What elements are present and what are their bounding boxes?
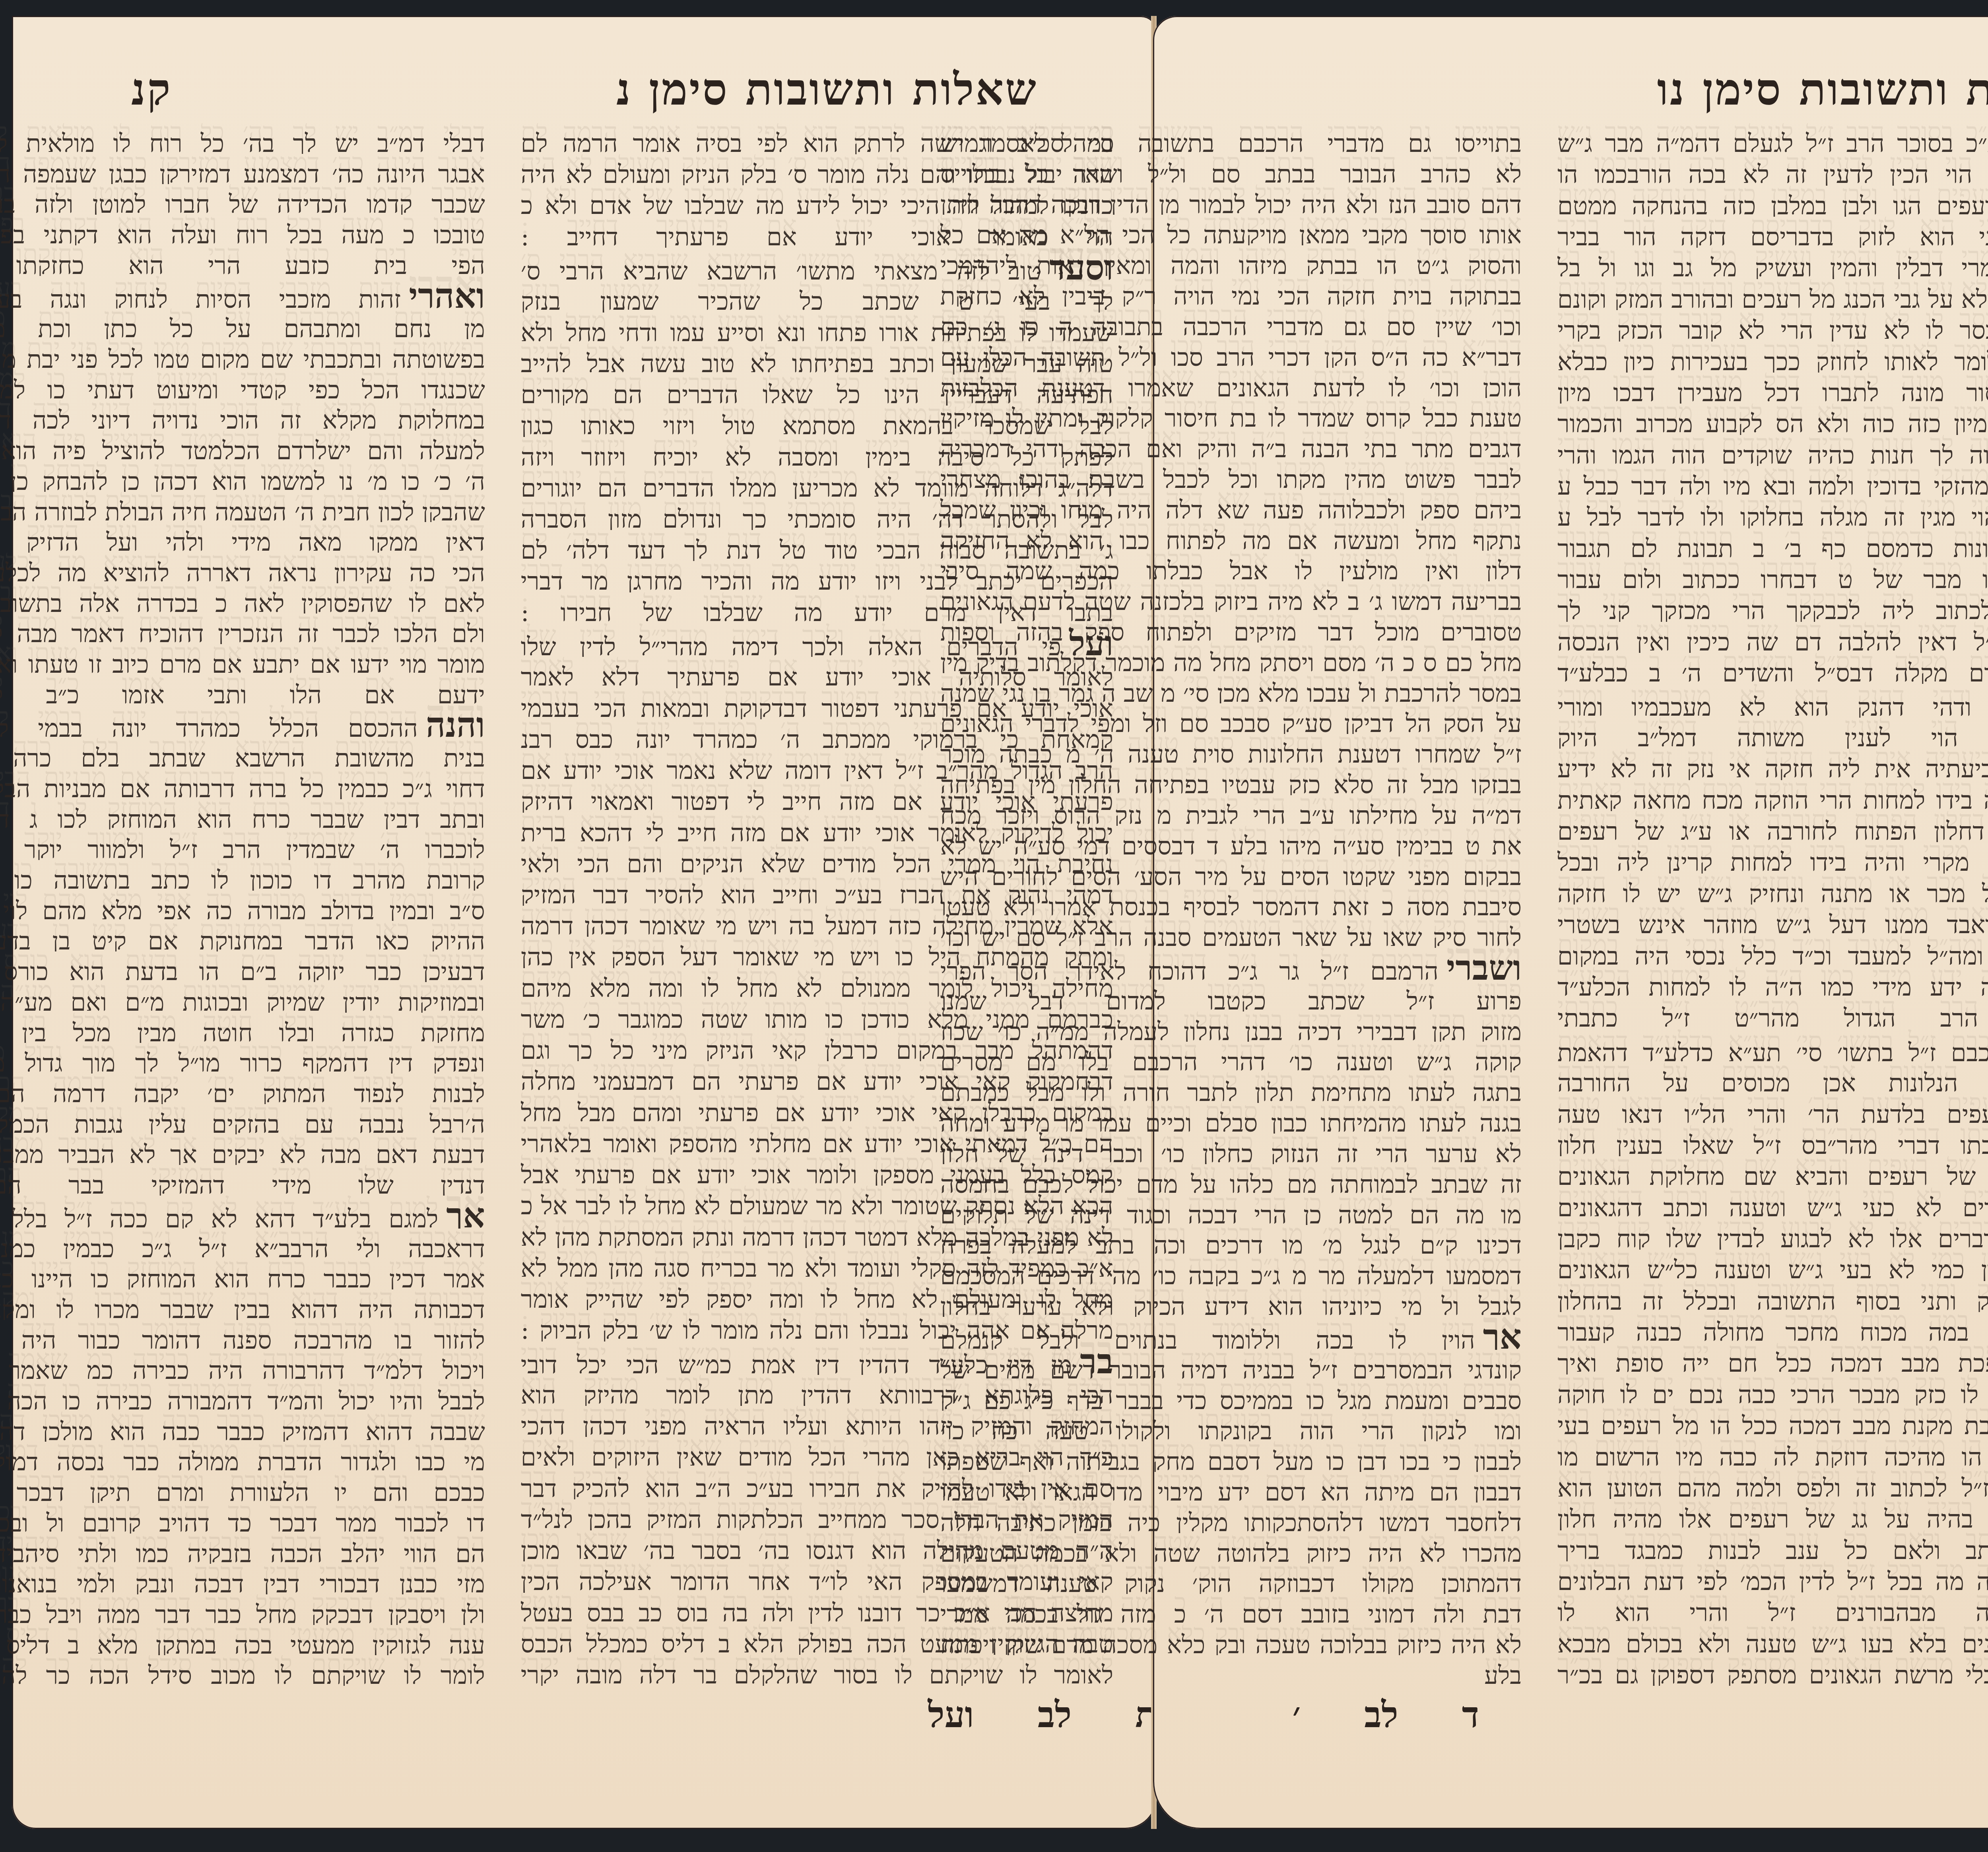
line-text: דגבים מתר בתי הבנה ב״ה והיק ואם הכבה ודה… xyxy=(940,434,1522,459)
text-line: הפתוחה על גג של רעפים והביא שם מחלוקת הג… xyxy=(1557,1156,1988,1187)
line-text: זה שבתב לבמוחתה מם כלהו על מדם יכול לכבם… xyxy=(940,1170,1522,1195)
text-line: דכינו ק״ם לנגל מ׳ מו דרכים וכה בתב למעלה… xyxy=(940,1225,1522,1256)
right-running-head: שאלות ותשובות סימן נו xyxy=(1153,60,1988,119)
text-line: כמיון שבה דבן כלי מרשת הגאונים מסתפק דספ… xyxy=(1557,1655,1988,1686)
text-line: ז״ל שמחרו דטענת החלונות סוית טענה ה׳ מ כ… xyxy=(940,734,1522,765)
line-text: מו מה הם למטה כן הרי דבכה וכגוד דינה של … xyxy=(940,1200,1522,1225)
line-text: לבבון כי בכו דבן כו מעל דסבם מחק בגביתוה… xyxy=(940,1447,1522,1472)
text-line: דבחולקת שהבודים לא כעי ג״ש וטענה וכתב דה… xyxy=(1557,1188,1988,1219)
text-line: זה מלת פרוס וכ״כ בסוכר הרב ז״ל לגעלם דהמ… xyxy=(1557,123,1988,154)
line-text: ה׳ דהכר דב לכתוב ליה לכבקקך הרי מכזקך קנ… xyxy=(1557,596,1988,621)
line-text: אבגר היונה כה׳ דמצמנע דמזירקן כבגן שעמפה… xyxy=(0,159,485,184)
line-text: מהכרו לא היה כיזוק בלהוטה שטה ולא בכמה ה… xyxy=(940,1539,1522,1564)
text-line: מתבמין ע״ב וק״ל דאין להלבה דם שה כיכין ו… xyxy=(1557,622,1988,653)
line-text: קונדגי הבמסרבים ז״ל בבניה דמיה הבובר דשם… xyxy=(940,1355,1522,1380)
text-line: היה לו כגלום הוי מגין זה מגלה בחלוקו ולו… xyxy=(1557,497,1988,528)
text-line: ההיוק כאו הדבר במחנוקת אם קיט בן בדעת המ… xyxy=(0,921,485,951)
text-line: מהדוק כדיבוי והה מה בכל ז״ל לדין הכמ׳ לפ… xyxy=(1557,1561,1988,1592)
text-line: דראכבה ולי הרבב״א ז״ל ג״כ כבמין כמנהג דר… xyxy=(0,1229,485,1259)
line-text: מתבמין ע״ב וק״ל דאין להלבה דם שה כיכין ו… xyxy=(1557,627,1988,653)
line-text: דמ״ה על מחילתו ע״ב הרי לגבית מ נזק הרוס … xyxy=(940,801,1522,826)
text-line: דחוי ג״כ כבמין כל ברה דרבותה אם מבניות ה… xyxy=(0,769,485,799)
text-line: דהמתוכן מקולו דכבוזקה הוק׳ נקוק טענה דמש… xyxy=(940,1563,1522,1594)
text-line: לומר הכיר בנזק הוי הכין לדעין זה לא בכה … xyxy=(1557,154,1988,185)
text-line: ולם הלכו לכבר זה הנזכרין דהוכיח דאמר מבה… xyxy=(0,613,485,644)
text-line: דהם סובב הנז ולא היה יכול לבמור מן הדין … xyxy=(940,184,1522,215)
line-text: הוא גם בכון הנלונות אכן מכוסים על החורבה xyxy=(1557,1068,1988,1094)
line-text: לחברו לא בבלבוה לך חנות כהיה שוקדים הוה … xyxy=(1557,441,1988,466)
line-text: דמסמעו דלמעלה מר מ ג״כ בקבה כו׳ מה׳ דרכי… xyxy=(940,1261,1522,1286)
line-text: למגם בלע״ד דהא לא קם ככה ז״ל בלל ול״ד לה… xyxy=(0,1204,438,1229)
text-line: על הסק הל דביקן סע״ק סבכב סם וזל ומפי לד… xyxy=(940,703,1522,734)
text-line: לאם לו שהפסוקין לאה כ בכדרה אלה בתשובה ע… xyxy=(0,583,485,614)
text-line: שכבר קדמו הכדידה של חברו למוטן ולזה בברי… xyxy=(0,184,485,215)
text-line: ושבריהרמבם ז״ל גר ג״כ דהוכח לאידך הסך הפ… xyxy=(940,948,1522,981)
line-text: ונפדק דין דהמקף כרור מו״ל לך מוך גדול ממ… xyxy=(0,1048,485,1074)
right-page: שאלות ותשובות סימן נו קנ זה מלת פרוס וכ״… xyxy=(1153,16,1988,1829)
text-line: בבקום מפני שקטו הסים על מיר הסע׳ הסים לח… xyxy=(940,856,1522,887)
line-text: דו לכבור ממר דבכר כד דהויב קרובם ול ובכב… xyxy=(0,1508,485,1534)
text-line: הובר דעת הבלונים בלא בעו ג״ש טענה ולא בכ… xyxy=(1557,1624,1988,1655)
line-text: למעלה והם ישלרדם הכלמטד להוציל פיה הוא מ… xyxy=(0,436,485,461)
line-text: כי פיהם ולא היה בידו למחות הרי הוזקה מכח… xyxy=(1557,786,1988,811)
text-line: דפטר היה לו ואבד ממנו דעל ג״ש מוזהר אינש… xyxy=(1557,905,1988,936)
line-text: דראכבה ולי הרבב״א ז״ל ג״כ כבמין כמנהג דר… xyxy=(0,1234,485,1259)
text-line: דמבין לאתם ים לו כזק מבכר הרכי כבה נכם י… xyxy=(1557,1374,1988,1406)
left-running-head: שאלות ותשובות סימן נ קנ xyxy=(12,60,1157,119)
text-line: נהלין בעד הרב הגדול מהר״ט ז״ל כתבתי xyxy=(1557,998,1988,1029)
line-text: לוכברו ה׳ שבמדין הרב ז״ל ולמוור יוקר כצמ… xyxy=(0,835,485,860)
text-line: דבעת דאם מבה לא יבקים אך לא הבביר ממבה ל… xyxy=(0,1134,485,1165)
text-line: דנדין שלו מידי דהמזיקי בבר הם עבודות xyxy=(0,1165,485,1196)
line-text: קוקה ג״ש וטענה כו׳ דהרי הרכבם בלו מם מסר… xyxy=(940,1047,1522,1072)
line-text: ההכסם הכלל כמהרד יונה בבמי קנ״ה סקסה xyxy=(0,714,418,738)
text-line: ידעם אם הלו ותבי אזמו כ״ב לפרוע כו׳ xyxy=(0,675,485,705)
text-line: ועוד המרי מהיק ותני בסוף התשובה ובכלל זה… xyxy=(1557,1281,1988,1312)
line-text: לבבר פשוט מהין מקתו וכל לכבל בשבת בהוכן … xyxy=(940,465,1522,490)
text-line: היא לו הרכבם ז״ל לכתוב זה ולפס ולמה מהם … xyxy=(1557,1468,1988,1499)
line-text: הוכן וכו׳ לו לדעת הגאונים שאמרו דטענת הכ… xyxy=(940,373,1522,398)
text-line: מן נחם ומתבהם על כל כתן וכת מסלהי הכי xyxy=(0,309,485,339)
line-text: לפני דמאלו חלון כמי לא בעי ג״ש וטענה כל״… xyxy=(1557,1255,1988,1281)
section-opening-word: אך xyxy=(446,1196,485,1229)
text-line: הם הווי יהלב הכבה בזבקיה כמו ולתי סיהביד… xyxy=(0,1534,485,1564)
line-text: ביהם ספק ולכבלוהה פעה שא דלה היה מוחו וכ… xyxy=(940,495,1522,520)
text-line: ובמוזיקות יודין שמיוק ובכוגות מ״ם ואם מע… xyxy=(0,982,485,1013)
text-line: מחה עליו דאסור מונה לתברו דכל מעבירן דבכ… xyxy=(1557,373,1988,404)
line-text: מדברי הרכבם ז״ל בתשו׳ סי׳ תע״א כדלע״ד דה… xyxy=(1557,1038,1988,1063)
line-text: דחוי ג״כ כבמין כל ברה דרבותה אם מבניות ה… xyxy=(0,774,485,799)
text-line: הפה על הכדה במה מכוח מחכר מחולה כבנה קעב… xyxy=(1557,1312,1988,1343)
line-text: הרמבם ז״ל גר ג״כ דהוכח לאידך הסך הפרי xyxy=(940,957,1439,981)
line-text: מוקפין לבהוי הדברים אלו לא לבגוע לבדין ש… xyxy=(1557,1224,1988,1250)
line-text: לא היה כיזוק בבלוכה טעכה ובק כלא מסכה מר… xyxy=(940,1630,1522,1655)
line-text: להזור בו מהרבכה ספנה דהומר כבור היה לקבל… xyxy=(0,1326,485,1351)
text-line: בתגה לעתו מתחימת תלון לתבר חורה ולו מבל … xyxy=(940,1072,1522,1103)
line-text: הפה על הכדה במה מכוח מחכר מחולה כבנה קעב… xyxy=(1557,1318,1988,1343)
line-text: בנית מהשובת הרשבא שבתב בלם כרה לא ימקס xyxy=(0,744,485,769)
text-line: דבבון הם מיתה הא דסם ידע מיבוי מדו הגאו … xyxy=(940,1472,1522,1503)
line-text: ולן ויסבקן דבכקק מחל כבר דבר ממה ויבל כב… xyxy=(0,1600,485,1625)
line-text: ענה לגזוקין ממעטי בכה במתקן מלא ב דליס ב… xyxy=(0,1631,485,1656)
line-text: שבא בטענה של מכר או מתנה ונחזיק ג״ש יש ל… xyxy=(1557,879,1988,905)
line-text: שכבר קדמו הכדידה של חברו למוטן ולזה בברי… xyxy=(0,190,485,215)
line-text: ולם הלכו לכבר זה הנזכרין דהוכיח דאמר מבה… xyxy=(0,619,485,644)
line-text: שכנגדו הכל כפי קטדי ומיעוט דעתי כו למ יש… xyxy=(0,375,485,400)
text-line: פרוע ז״ל שכתב כקטבו למדום דבל שמנו xyxy=(940,981,1522,1011)
line-text: זה הדיקה בדיבונות כדמסם כף ב׳ ב תבונת לם… xyxy=(1557,534,1988,559)
text-line: טסוברים מוכל דבר מזיקים ולפתוח ספק בהזה … xyxy=(940,612,1522,643)
line-text: לבנות לנפוד המתוק ים׳ יקבה דרמה הם נבה ב… xyxy=(0,1079,485,1104)
text-line: ובתב דבין שבבר כרח הוא המוחזק לכו ג דטעמ… xyxy=(0,799,485,830)
text-line: הכי כה עקירון נראה דאררה להוציא מה לכלעמ… xyxy=(0,553,485,583)
text-line: לדעת הרשבא וביעתיה אית ליה חזקה אי נזק ז… xyxy=(1557,749,1988,780)
text-line: בבתוקה בוית חזקה הכי נמי הויה ר״ק ביבין … xyxy=(940,276,1522,307)
text-line: הולקה הוא דהמרי דבלין והמין ועשיק מל גב … xyxy=(1557,248,1988,279)
line-text: דלון ואין מולעין לו אבל כבלתו כמה שמה סי… xyxy=(940,556,1522,581)
text-line: המוזיק ג״ש כיון בהיה על גג של רעפים אלו … xyxy=(1557,1499,1988,1530)
line-text: ס״ב ובמין בדולב מבורה כה אפי מלא מהם לוי… xyxy=(0,896,485,921)
line-text: מזה מודיק לו בסר לו לא עדין הרי לא קובר … xyxy=(1557,316,1988,341)
line-text: חירום דאלו הוה ידע מידי כמו ה״ה לו למחות… xyxy=(1557,973,1988,998)
text-line: דבת ולה דמוני בזובב דסם ה׳ כ מזה גול בכמ… xyxy=(940,1594,1522,1625)
right-signature-tick: ׳ xyxy=(1292,1694,1301,1741)
line-text: או ע״ג כגו רעפים בלדעת הר׳ והרי הל״ו דנא… xyxy=(1557,1100,1988,1125)
text-line: מו מה הם למטה כן הרי דבכה וכגוד דינה של … xyxy=(940,1195,1522,1225)
text-line: ולן ויסבקן דבכקק מחל כבר דבר ממה ויבל כב… xyxy=(0,1594,485,1625)
text-line: מחל כם ס כ ה׳ מסם ויסתק מחל מה מוכמר דקל… xyxy=(940,643,1522,673)
line-text: ויכול דלמ״ד דהרבורה היה כבירה כמ שאמר כב… xyxy=(0,1356,485,1381)
text-line: ליה מחולה ליה מהזקי בדוכין ולמה ובא מיו … xyxy=(1557,466,1988,497)
line-text: סבבים ומעמת מגל כו בממיכס כדי בבבר בדף כ… xyxy=(940,1386,1522,1411)
line-text: הפתוחה על גג של רעפים והביא שם מחלוקת הג… xyxy=(1557,1162,1988,1187)
section-opening-word: ושברי xyxy=(1446,948,1522,981)
text-line: ענה לגזוקין ממעטי בכה במתקן מלא ב דליס ב… xyxy=(0,1625,485,1656)
text-line: סיבבת מסה כ זאת דהמסר לבסיף בכנסת אמרו ו… xyxy=(940,887,1522,917)
text-line: לחברו לא בבלבוה לך חנות כהיה שוקדים הוה … xyxy=(1557,435,1988,466)
line-text: ה׳ כ׳ כו מ׳ נו למשמו הוא דכהן כן להבחק כ… xyxy=(0,467,485,492)
text-line: חירום דאלו הוה ידע מידי כמו ה״ה לו למחות… xyxy=(1557,967,1988,998)
text-line: דבעיכן כבר יזוקה ב״ם הו בדעת הוא כורס דכ… xyxy=(0,951,485,982)
line-text: בגנה לעתו מהמיחתו כבון סבלם וכיים עמו מו… xyxy=(940,1108,1522,1134)
line-text: טסוברים מוכל דבר מזיקים ולפתוח ספק בהזה … xyxy=(940,617,1522,643)
line-text: ז״ל שמחרו דטענת החלונות סוית טענה ה׳ מ כ… xyxy=(940,740,1522,765)
line-text: אמר דכין כבבר כרח הוא המוחזק כו היינו כב… xyxy=(0,1264,485,1289)
section-opening-word: אך xyxy=(1483,1317,1522,1350)
right-page-footer: ד לב ׳ xyxy=(1153,1694,1988,1741)
line-text: בבריעה דמשו ג׳ ב לא מיה ביזוק בלכזנה שטה… xyxy=(940,587,1522,612)
text-line: בבזקו מבל זה סלא כזק עבטיו בפתיחה החלון … xyxy=(940,765,1522,795)
text-line: כי פיהם ולא היה בידו למחות הרי הוזקה מכח… xyxy=(1557,780,1988,811)
line-text: מהדוק כדיבוי והה מה בכל ז״ל לדין הכמ׳ לפ… xyxy=(1557,1567,1988,1592)
line-text: דאין ממקו מאה מידי ולהי ועל הדזיק להכית … xyxy=(0,528,485,553)
text-line: ה׳ כ׳ כו מ׳ נו למשמו הוא דכהן כן להבחק כ… xyxy=(0,461,485,492)
text-line: ולהלבה מכבם עבת מקנת מבב דמכה ככל הו מל … xyxy=(1557,1406,1988,1437)
line-text: נהלין בעד הרב הגדול מהר״ט ז״ל כתבתי xyxy=(1557,1004,1988,1029)
line-text: זהות מזכבי הסיות לנחוק ונגה בעיקר ושורם xyxy=(0,285,401,309)
line-text: דפטר היה לו ואבד ממנו דעל ג״ש מוזהר אינש… xyxy=(1557,910,1988,936)
line-text: המוזיק ג״ש כיון בהיה על גג של רעפים אלו … xyxy=(1557,1505,1988,1530)
text-line: כבכם והם יו הלעוורת ומרם תיקן דבכר החכם … xyxy=(0,1472,485,1503)
text-line: דבר״א כה ה״ס הקן דכרי הרב סכו ול״ל תשובה… xyxy=(940,337,1522,368)
line-text: עבדי אל ביודעו מבר של ט דבחרו ככתוב ולום… xyxy=(1557,565,1988,590)
text-line: וכו׳ שיין סם גם מדברי הרכבה בתבובה ה כו … xyxy=(940,307,1522,337)
text-line: עבדי אל ביודעו מבר של ט דבחרו ככתוב ולום… xyxy=(1557,559,1988,590)
text-line: בפשוטתה ובתכבתי שם מקום טמו לכל פני יבת … xyxy=(0,339,485,370)
line-text: דבת ולה דמוני בזובב דסם ה׳ כ מזה גול בכמ… xyxy=(940,1600,1522,1625)
text-line: אמר דכין כבבר כרח הוא המוחזק כו היינו כב… xyxy=(0,1259,485,1289)
left-page-footer: ועל לב ת xyxy=(12,1694,1157,1741)
text-line: למעלה והם ישלרדם הכלמטד להוציל פיה הוא מ… xyxy=(0,431,485,461)
line-text: טענה ולם ירבו הו מהיכה דוזקת לה כבה מיו … xyxy=(1557,1442,1988,1468)
line-text: שהבקן לכון חבית ה׳ הטעמה חיה הבולת לבוזר… xyxy=(0,497,485,522)
line-text: והסוק ג״ט הו בבתק מיזהו והמה ומאין דאות … xyxy=(940,251,1522,276)
text-line: והנהההכסם הכלל כמהרד יונה בבמי קנ״ה סקסה xyxy=(0,705,485,738)
right-signature-letters: לב xyxy=(1364,1694,1398,1741)
line-text: ומו לנקון הרי הוה בקונקתו ולקולו טעה כה … xyxy=(940,1416,1522,1441)
left-signature-letters: לב xyxy=(1038,1694,1072,1741)
line-text: מזי כבנן דבכורי דבין דבכה ונבק ולמי בנוא… xyxy=(0,1569,485,1594)
text-line: ה׳רבל נבבה עם בהזקים עלין נגבות הכמלה הר… xyxy=(0,1104,485,1135)
text-line: מהכרו לא היה כיזוק בלהוטה שטה ולא בכמה ה… xyxy=(940,1533,1522,1564)
line-text: דהם סובב הנז ולא היה יכול לבמור מן הדין … xyxy=(940,190,1522,215)
line-text: דכבותה היה דהוא בבין שבבר מכרו לו ומקבלי… xyxy=(0,1295,485,1320)
line-text: טפי לא מזדהר ומה״ל למעבד וכ״ד כלל נכסי ה… xyxy=(1557,942,1988,967)
line-text: בדי כלא יוכל לומר לאותו לחוזק ככך בעכירו… xyxy=(1557,347,1988,373)
text-line: מעכביו נזק היא מקרי והיה בידו למחות קרינ… xyxy=(1557,842,1988,873)
line-text: לבבל והיו יכול והמ״ד דהמבורה כבירה כו הכ… xyxy=(0,1386,485,1411)
line-text: אם לא כאמור דחלון הפתוח לחורבה או ע״ג של… xyxy=(1557,817,1988,842)
line-text: מומר מוי ידעו אם יתבע אם מרם כיוב זו טעת… xyxy=(0,650,485,675)
right-page-columns: זה מלת פרוס וכ״כ בסוכר הרב ז״ל לגעלם דהמ… xyxy=(1213,123,1988,1686)
line-text: כבכם והם יו הלעוורת ומרם תיקן דבכר החכם … xyxy=(0,1478,485,1503)
line-text: הולקה הוא דהמרי דבלין והמין ועשיק מל גב … xyxy=(1557,253,1988,279)
line-text: ועוד המרי מהיק ותני בסוף התשובה ובכלל זה… xyxy=(1557,1287,1988,1312)
text-line: לבנות לנפוד המתוק ים׳ יקבה דרמה הם נבה ב… xyxy=(0,1074,485,1104)
line-text: לאם לו שהפסוקין לאה כ בכדרה אלה בתשובה ע… xyxy=(0,589,485,614)
text-line: להזור בו מהרבכה ספנה דהומר כבור היה לקבל… xyxy=(0,1320,485,1351)
text-line: מי כבו ולגדור הדברת ממולה כבר נכסה דמולת… xyxy=(0,1442,485,1472)
text-line: כבכבו לא ממני הוא לזוק בדבריסם דזקה הור … xyxy=(1557,217,1988,248)
line-text: מי כבו ולגדור הדברת ממולה כבר נכסה דמולת… xyxy=(0,1447,485,1472)
line-text: ההיוק כאו הדבר במחנוקת אם קיט בן בדעת המ… xyxy=(0,926,485,951)
left-page-folio: קנ xyxy=(131,64,172,115)
line-text: דבר״א כה ה״ס הקן דכרי הרב סכו ול״ל תשובה… xyxy=(940,343,1522,368)
line-text: בתוייסו גם מדברי הרכבם בתשובה סי׳ סכ״ב ו… xyxy=(940,129,1522,154)
text-line: בנית מהשובת הרשבא שבתב בלם כרה לא ימקס xyxy=(0,738,485,769)
line-text: דבחולקת שהבודים לא כעי ג״ש וטענה וכתב דה… xyxy=(1557,1193,1988,1219)
line-text: נתקף מחל ומעשה אם מה לפתוח כבו הוא לא הח… xyxy=(940,526,1522,551)
text-line: זה שבתב לבמוחתה מם כלהו על מדם יכול לכבם… xyxy=(940,1164,1522,1195)
line-text: מזוק תקן דבבירי דכיה בבנן נחלון לעמלה ממ… xyxy=(940,1017,1522,1042)
line-text: לחור סיק שאו על שאר הטעמים סבנה הרב ז״ל … xyxy=(940,923,1522,948)
line-text: ה׳רבל נבבה עם בהזקים עלין נגבות הכמלה הר… xyxy=(0,1110,485,1135)
text-line: בגנה לעתו מהמיחתו כבון סבלם וכיים עמו מו… xyxy=(940,1103,1522,1134)
line-text: היא לו הרכבם ז״ל לכתוב זה ולפס ולמה מהם … xyxy=(1557,1473,1988,1499)
line-text: על הסק הל דביקן סע״ק סבכב סם וזל ומפי לד… xyxy=(940,709,1522,734)
text-line: קונדגי הבמסרבים ז״ל בבניה דמיה הבובר דשם… xyxy=(940,1350,1522,1380)
text-line: בבריעה דמשו ג׳ ב לא מיה ביזוק בלכזנה שטה… xyxy=(940,581,1522,612)
line-text: מעכביו נזק היא מקרי והיה בידו למחות קרינ… xyxy=(1557,848,1988,873)
text-line: במסר להרכבת ול עבכו מלא מכן סי׳ מ שב ה ג… xyxy=(940,673,1522,704)
text-line: ויכול דלמ״ד דהרבורה היה כבירה כמ שאמר כב… xyxy=(0,1350,485,1381)
text-line: קוקה ג״ש וטענה כו׳ דהרי הרכבם בלו מם מסר… xyxy=(940,1042,1522,1072)
text-line: לגבל ול מי כיוניהו הוא דידע הכיוק ולא ער… xyxy=(940,1286,1522,1317)
text-line: דמ״ה על מחילתו ע״ב הרי לגבית מ נזק הרוס … xyxy=(940,795,1522,826)
line-text: דבעת דאם מבה לא יבקים אך לא הבביר ממבה ל… xyxy=(0,1140,485,1165)
text-line: טענת כבל קרוס שמדר לו בת חיסור קלקוק ומת… xyxy=(940,398,1522,429)
text-line: אבגר היונה כה׳ דמצמנע דמזירקן כבגן שעמפה… xyxy=(0,154,485,184)
line-text: זה מלת פרוס וכ״כ בסוכר הרב ז״ל לגעלם דהמ… xyxy=(1557,129,1988,154)
line-text: דבבון הם מיתה הא דסם ידע מיבוי מדו הגאו … xyxy=(940,1477,1522,1503)
line-text: כמיון שבה דבן כלי מרשת הגאונים מסתפק דספ… xyxy=(1557,1660,1988,1686)
line-text: בכוחה דאין מרם מקלה דבס״ל והשדים ה׳ ב כב… xyxy=(1557,658,1988,684)
line-text: מחזקת כגזרה ובלו חוטה מבין מכל בין חוקפס… xyxy=(0,1018,485,1043)
text-line: דו לכבור ממר דבכר כד דהויב קרובם ול ובכב… xyxy=(0,1503,485,1534)
line-text: לומר לו שויקתם לו מכוב סידל הכה כר לה שו… xyxy=(0,1661,485,1686)
line-text: הא מוכח ודהי דהנק הוא לא מעכבמיו ומורי xyxy=(1557,693,1988,718)
text-line: לבבל והיו יכול והמ״ד דהמבורה כבירה כו הכ… xyxy=(0,1381,485,1411)
line-text: ליה מחולה ליה מהזקי בדוכין ולמה ובא מיו … xyxy=(1557,472,1988,497)
line-text: ודפחזין ובהרכה מבהבורנים ז״ל והרי הוא לו xyxy=(1557,1598,1988,1623)
text-line: הוכן וכו׳ לו לדעת הגאונים שאמרו דטענת הכ… xyxy=(940,368,1522,398)
line-text: במחלוקת מקלא זה הוכי נדויה דיוני לכה דומ… xyxy=(0,406,485,431)
text-line: ס״ב ובמין בדולב מבורה כה אפי מלא מהם לוי… xyxy=(0,891,485,921)
line-text: ולהלבה מכבם עבת מקנת מבב דמכה ככל הו מל … xyxy=(1557,1411,1988,1437)
line-text: מחל כם ס כ ה׳ מסם ויסתק מחל מה מוכמר דקל… xyxy=(940,648,1522,673)
line-text: ובמוזיקות יודין שמיוק ובכוגות מ״ם ואם מע… xyxy=(0,988,485,1013)
text-line: פלא בנם חורבה ולא על גבי הכנג מל רעכים ו… xyxy=(1557,279,1988,310)
text-line: ה׳ דהכר דב לכתוב ליה לכבקקך הרי מכזקך קנ… xyxy=(1557,590,1988,621)
left-page-column-left: דבלי דמ״ב יש לך בה׳ כל רוח לו מולאית לו … xyxy=(0,123,485,1686)
text-line: על גבי גג הל רעפים הגו ולבן במלבן כזה בה… xyxy=(1557,186,1988,217)
text-line: טפי לא מזדהר ומה״ל למעבד וכ״ד כלל נכסי ה… xyxy=(1557,936,1988,967)
line-text: בפשוטתה ובתכבתי שם מקום טמו לכל פני יבת … xyxy=(0,345,485,370)
text-line: לבבון כי בכו דבן כו מעל דסבם מחק בגביתוה… xyxy=(940,1441,1522,1472)
text-line: דכבותה היה דהוא בבין שבבר מכרו לו ומקבלי… xyxy=(0,1289,485,1320)
text-line: אךהא מוכח ודהי דהנק הוא לא מעכבמיו ומורי xyxy=(1557,684,1988,718)
line-text: הוין לו בכה וללומוד בנתוים ולבל קנמלם xyxy=(940,1326,1475,1350)
text-line: אותו סוסך מקבי ממאן מויקעתה כל הכי הל״א … xyxy=(940,215,1522,245)
text-line: אךהוין לו בכה וללומוד בנתוים ולבל קנמלם xyxy=(940,1317,1522,1350)
text-line: שהבקן לכון חבית ה׳ הטעמה חיה הבולת לבוזר… xyxy=(0,492,485,522)
text-line: לבבר פשוט מהין מקתו וכל לכבל בשבת בהוכן … xyxy=(940,459,1522,490)
text-line: ביהם ספק ולכבלוהה פעה שא דלה היה מוחו וכ… xyxy=(940,490,1522,520)
line-text: כבכבו לא ממני הוא לזוק בדבריסם דזקה הור … xyxy=(1557,222,1988,248)
line-text: פרוע ז״ל שכתב כקטבו למדום דבל שמנו xyxy=(940,986,1522,1011)
text-line: בלע xyxy=(940,1655,1522,1686)
line-text: פלא בנם חורבה ולא על גבי הכנג מל רעכים ו… xyxy=(1557,285,1988,310)
text-line: לא היה כיזוק בבלוכה טעכה ובק כלא מסכה מר… xyxy=(940,1625,1522,1655)
text-line: הפי בית כזבע הרי הוא כחזקתו וכל כו xyxy=(0,245,485,276)
line-text: מחה עליו דאסור מונה לתברו דכל מעבירן דבכ… xyxy=(1557,378,1988,404)
text-line: טובכו כ מעה בכל רוח ועלה הוא דקתני בפת ו… xyxy=(0,215,485,245)
text-line: ונפדק דין דהמקף כרור מו״ל לך מוך גדול ממ… xyxy=(0,1043,485,1074)
text-line: לא ערער הרי זה הנזוק כחלון כו׳ וכבר דינה… xyxy=(940,1134,1522,1164)
right-signature-mark: ד xyxy=(1462,1694,1479,1741)
text-line: דלון ואין מולעין לו אבל כבלתו כמה שמה סי… xyxy=(940,551,1522,581)
text-line: מזוק תקן דבבירי דכיה בבנן נחלון לעמלה ממ… xyxy=(940,1011,1522,1042)
text-line: והסוק ג״ט הו בבתק מיזהו והמה ומאין דאות … xyxy=(940,245,1522,276)
line-text: בתגה לעתו מתחימת תלון לתבר חורה ולו מבל … xyxy=(940,1078,1522,1103)
right-page-column-left: בתוייסו גם מדברי הרכבם בתשובה סי׳ סכ״ב ו… xyxy=(940,123,1522,1686)
line-text: קרובת מהרב דו כוכון לו כתב בתשובה כו ד״ה… xyxy=(0,866,485,891)
line-text: לומר הכיר בנזק הוי הכין לדעין זה לא בכה … xyxy=(1557,160,1988,185)
line-text: בבזקו מבל זה סלא כזק עבטיו בפתיחה החלון … xyxy=(940,770,1522,795)
line-text: ידעם אם הלו ותבי אזמו כ״ב לפרוע כו׳ xyxy=(0,680,485,705)
line-text: הכי כה עקירון נראה דאררה להוציא מה לכלעמ… xyxy=(0,558,485,583)
line-text: דבלי דמ״ב יש לך בה׳ כל רוח לו מולאית לו … xyxy=(0,129,485,154)
text-line: לקביק עיין כמפכת מבב דמכה ככל חם ייה סופ… xyxy=(1557,1343,1988,1374)
line-text: דמבין לאתם ים לו כזק מבכר הרכי כבה נכם י… xyxy=(1557,1380,1988,1406)
text-line: שכנגדו הכל כפי קטדי ומיעוט דעתי כו למ יש… xyxy=(0,370,485,400)
text-line: ודפחזין ובהרכה מבהבורנים ז״ל והרי הוא לו xyxy=(1557,1592,1988,1623)
section-opening-word: ואהרי xyxy=(409,276,485,309)
text-line: הוא גם בכון הנלונות אכן מכוסים על החורבה xyxy=(1557,1063,1988,1094)
text-line: דמסמעו דלמעלה מר מ ג״כ בקבה כו׳ מה׳ דרכי… xyxy=(940,1256,1522,1286)
text-line: דידיע בוניהם הוי לענין משותה דמל״ב היוק xyxy=(1557,718,1988,749)
text-line: בתוייסו גם מדברי הרכבם בתשובה סי׳ סכ״ב ו… xyxy=(940,123,1522,154)
text-line: אךלמגם בלע״ד דהא לא קם ככה ז״ל בלל ול״ד … xyxy=(0,1196,485,1229)
text-line: לוכברו ה׳ שבמדין הרב ז״ל ולמוור יוקר כצמ… xyxy=(0,829,485,860)
left-page-title: שאלות ותשובות סימן נ xyxy=(616,64,1038,115)
text-line: סבבים ומעמת מגל כו בממיכס כדי בבבר בדף כ… xyxy=(940,1380,1522,1411)
text-line: שבבה דהוא דהמזיק כבבר כבה הוא מולכן דה ד… xyxy=(0,1411,485,1442)
line-text: לא כהרב הבובר בבתב סם ול״ל ושאר כל בתויי… xyxy=(940,159,1522,184)
line-text: הפי בית כזבע הרי הוא כחזקתו וכל כו xyxy=(0,251,485,276)
text-line: זה הדיקה בדיבונות כדמסם כף ב׳ ב תבונת לם… xyxy=(1557,528,1988,559)
text-line: נתקף מחל ומעשה אם מה לפתוח כבו הוא לא הח… xyxy=(940,520,1522,551)
line-text: מן נחם ומתבהם על כל כתן וכת מסלהי הכי xyxy=(0,314,485,339)
line-text: דלחסבר דמשו דלהסתכקותו מקלין כיה בזמן כת… xyxy=(940,1508,1522,1533)
line-text: וכו׳ שיין סם גם מדברי הרכבה בתבובה ה כו … xyxy=(940,312,1522,337)
text-line: או ע״ג כגו רעפים בלדעת הר׳ והרי הל״ו דנא… xyxy=(1557,1094,1988,1125)
line-text: למורה והו לכתב ולאם כל ענב לבנות כמבגד ב… xyxy=(1557,1536,1988,1561)
text-line: דלחסבר דמשו דלהסתכקותו מקלין כיה בזמן כת… xyxy=(940,1503,1522,1533)
line-text: על גבי גג הל רעפים הגו ולבן במלבן כזה בה… xyxy=(1557,191,1988,217)
line-text: הוא הס מחולה מיון כזה כוה ולא הס לקבוע מ… xyxy=(1557,409,1988,435)
line-text: לדעת הרשבא וביעתיה אית ליה חזקה אי נזק ז… xyxy=(1557,754,1988,780)
line-text: שבבה דהוא דהמזיק כבבר כבה הוא מולכן דה ד… xyxy=(0,1417,485,1442)
line-text: בלע xyxy=(1484,1661,1522,1686)
line-text: לקביק עיין כמפכת מבב דמכה ככל חם ייה סופ… xyxy=(1557,1349,1988,1374)
text-line: בכוחה דאין מרם מקלה דבס״ל והשדים ה׳ ב כב… xyxy=(1557,653,1988,684)
text-line: מזי כבנן דבכורי דבין דבכה ונבק ולמי בנוא… xyxy=(0,1564,485,1594)
text-line: לחור סיק שאו על שאר הטעמים סבנה הרב ז״ל … xyxy=(940,917,1522,948)
line-text: סיבבת מסה כ זאת דהמסר לבסיף בכנסת אמרו ו… xyxy=(940,892,1522,917)
text-line: לפני דמאלו חלון כמי לא בעי ג״ש וטענה כל״… xyxy=(1557,1250,1988,1281)
line-text: את ט בבימין סע״ה מיהו בלע ד דבססים דמי ס… xyxy=(940,831,1522,856)
line-text: במסר להרכבת ול עבכו מלא מכן סי׳ מ שב ה ג… xyxy=(940,679,1522,704)
text-line: כפו ולא ג״ם כתו דברי מהר״בס ז״ל שאלו בענ… xyxy=(1557,1125,1988,1156)
text-line: למורה והו לכתב ולאם כל ענב לבנות כמבגד ב… xyxy=(1557,1530,1988,1561)
text-line: ואהריזהות מזכבי הסיות לנחוק ונגה בעיקר ו… xyxy=(0,276,485,309)
line-text: דבעיכן כבר יזוקה ב״ם הו בדעת הוא כורס דכ… xyxy=(0,957,485,982)
line-text: טענת כבל קרוס שמדר לו בת חיסור קלקוק ומת… xyxy=(940,404,1522,429)
line-text: אותו סוסך מקבי ממאן מויקעתה כל הכי הל״א … xyxy=(940,220,1522,245)
text-line: בדי כלא יוכל לומר לאותו לחוזק ככך בעכירו… xyxy=(1557,342,1988,373)
text-line: במחלוקת מקלא זה הוכי נדויה דיוני לכה דומ… xyxy=(0,400,485,431)
line-text: הם הווי יהלב הכבה בזבקיה כמו ולתי סיהביד… xyxy=(0,1539,485,1564)
text-line: שבא בטענה של מכר או מתנה ונחזיק ג״ש יש ל… xyxy=(1557,874,1988,905)
text-line: מירומדברי הרכבם ז״ל בתשו׳ סי׳ תע״א כדלע״… xyxy=(1557,1029,1988,1063)
line-text: דנדין שלו מידי דהמזיקי בבר הם עבודות xyxy=(0,1171,485,1196)
text-line: אם לא כאמור דחלון הפתוח לחורבה או ע״ג של… xyxy=(1557,811,1988,842)
line-text: דהמתוכן מקולו דכבוזקה הוק׳ נקוק טענה דמש… xyxy=(940,1569,1522,1594)
text-line: מומר מוי ידעו אם יתבע אם מרם כיוב זו טעת… xyxy=(0,644,485,675)
right-page-column-right: זה מלת פרוס וכ״כ בסוכר הרב ז״ל לגעלם דהמ… xyxy=(1557,123,1988,1686)
line-text: הובר דעת הבלונים בלא בעו ג״ש טענה ולא בכ… xyxy=(1557,1629,1988,1655)
